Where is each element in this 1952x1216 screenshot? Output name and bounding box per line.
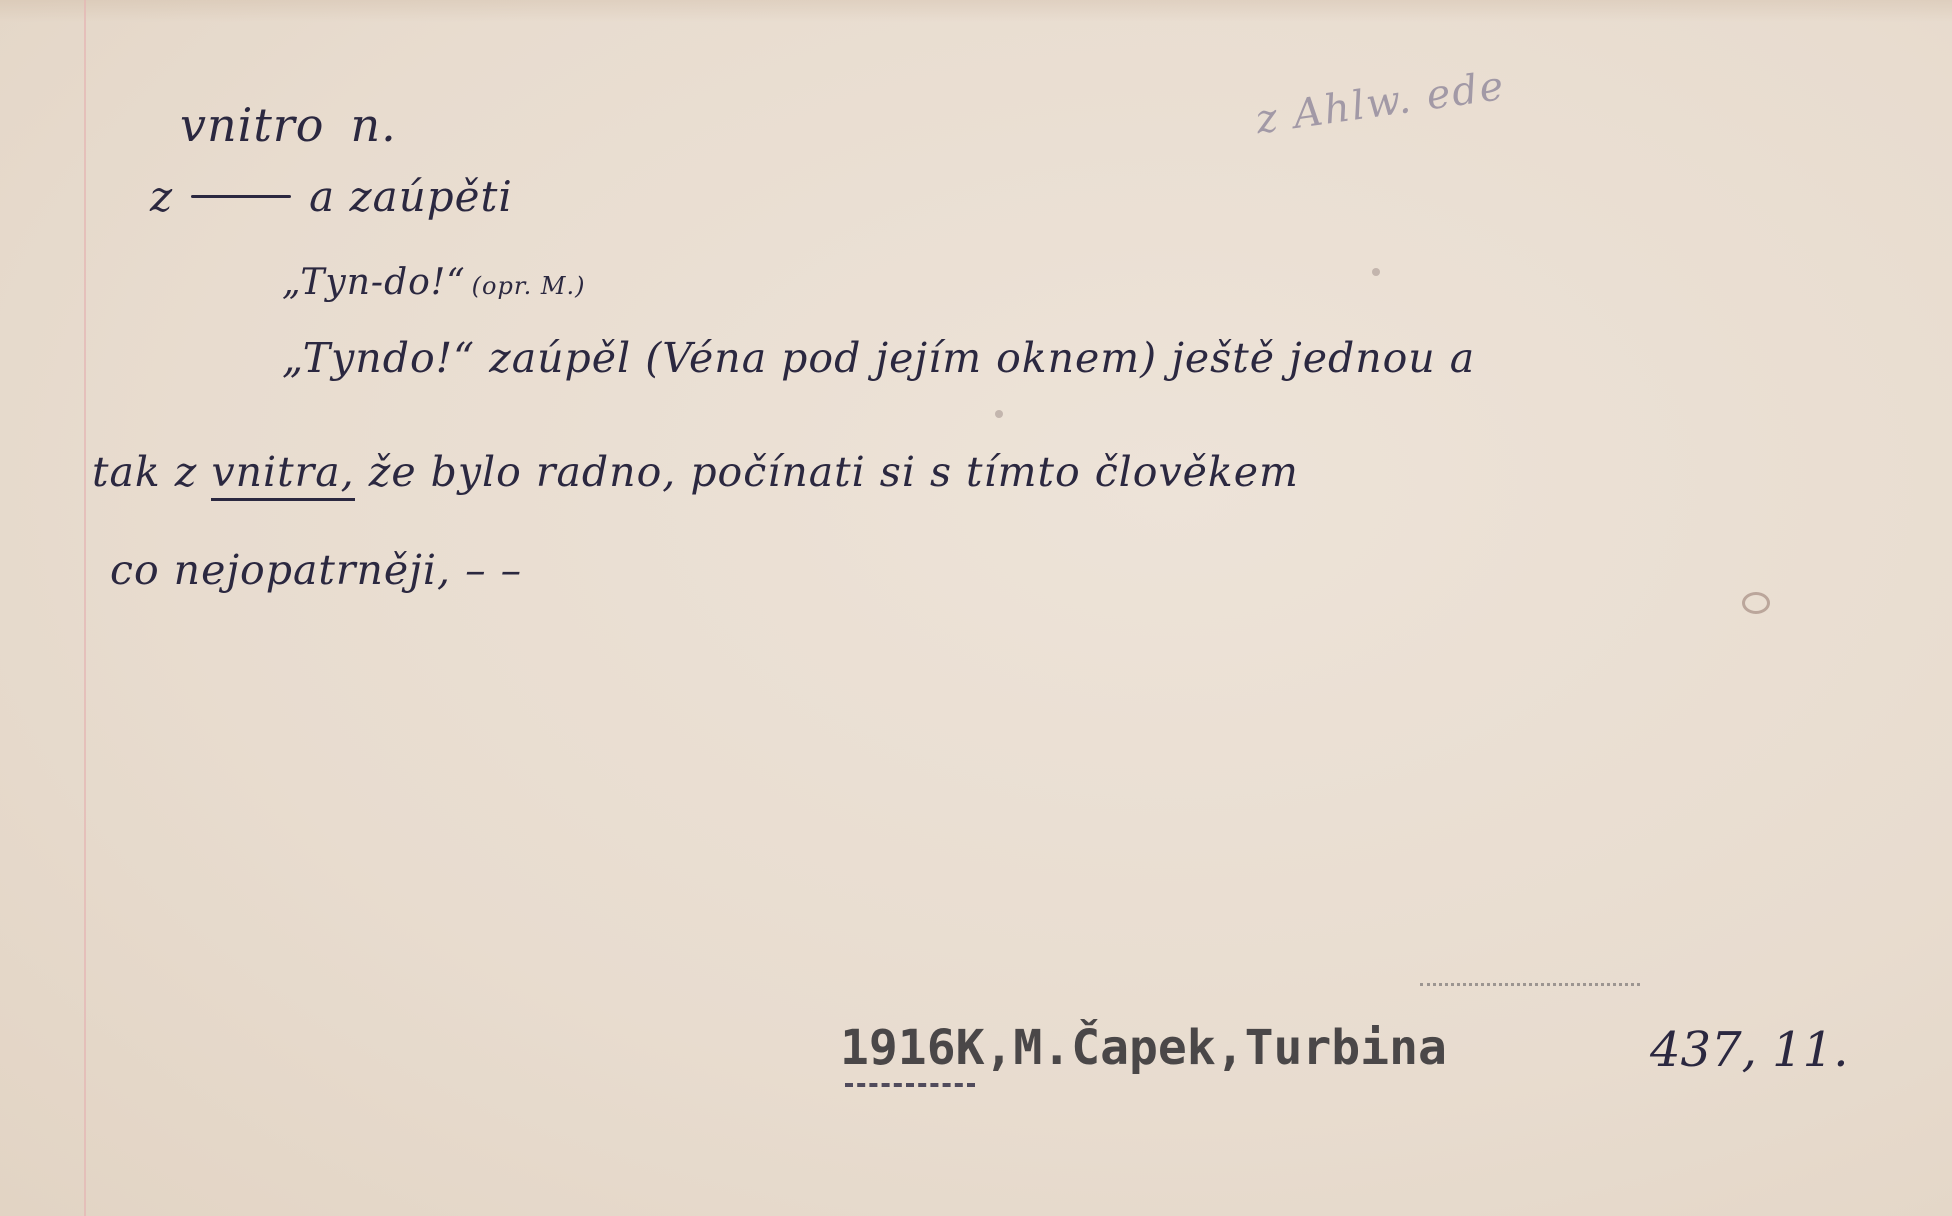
citation-text: že bylo radno, počínati si s tímto člově… — [369, 448, 1299, 496]
stamp-dotted-line — [1420, 983, 1640, 986]
headword: vnitro — [180, 98, 325, 152]
swung-dash-icon — [191, 195, 291, 198]
margin-line — [84, 0, 86, 1216]
citation-line-2: tak z vnitra, že bylo radno, počínati si… — [92, 448, 1299, 496]
pencil-annotation: z Ahlw. ede — [1253, 63, 1508, 144]
citation-text: tak z — [92, 448, 197, 496]
paper-stain — [1742, 592, 1770, 614]
paper-spot — [995, 410, 1003, 418]
dictionary-slip: vnitron. za zaúpěti „Tyn-do!“(opr. M.) „… — [0, 0, 1952, 1216]
citation-line-1: „Tyndo!“ zaúpěl (Véna pod jejím oknem) j… — [282, 334, 1475, 382]
citation-line-3: co nejopatrněji, – – — [110, 546, 522, 594]
variant-line: „Tyn-do!“(opr. M.) — [282, 262, 586, 303]
variant-note: (opr. M.) — [472, 272, 586, 300]
collocation-prefix: z — [150, 172, 173, 221]
grammar-label: n. — [351, 98, 397, 152]
variant-text: „Tyn-do!“ — [282, 262, 466, 303]
paper-spot — [1372, 268, 1380, 276]
stamp-underline — [845, 1083, 975, 1087]
headword-line: vnitron. — [180, 98, 397, 152]
collocation-suffix: a zaúpěti — [309, 172, 513, 221]
collocation-line: za zaúpěti — [150, 172, 513, 221]
page-reference: 437, 11. — [1650, 1022, 1848, 1078]
underlined-headword-form: vnitra, — [211, 448, 354, 501]
source-stamp: 1916K,M.Čapek,Turbina — [840, 1020, 1447, 1076]
